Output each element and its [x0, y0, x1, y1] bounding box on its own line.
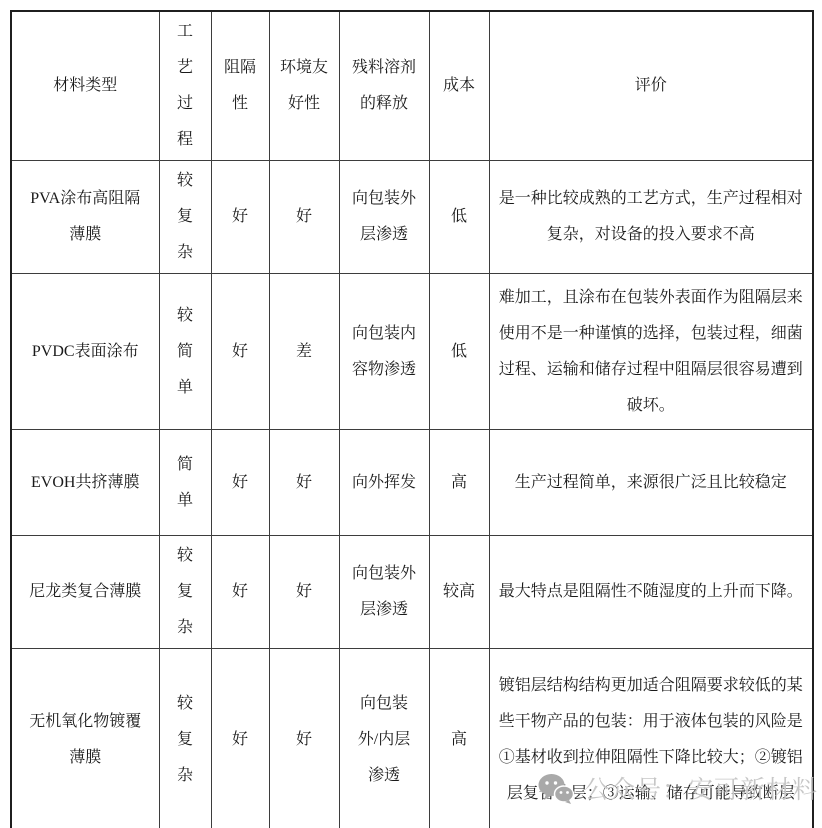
cell-cost: 低: [429, 161, 489, 274]
cell-evaluation: 是一种比较成熟的工艺方式，生产过程相对复杂，对设备的投入要求不高: [489, 161, 813, 274]
cell-material: EVOH共挤薄膜: [11, 430, 159, 536]
cell-evaluation: 最大特点是阻隔性不随湿度的上升而下降。: [489, 536, 813, 649]
cell-eco: 好: [269, 649, 339, 828]
cell-eco: 差: [269, 274, 339, 430]
cell-process: 较 复 杂: [159, 536, 211, 649]
cell-solvent: 向包装外 层渗透: [339, 161, 429, 274]
cell-process: 较 简 单: [159, 274, 211, 430]
col-header-material-type: 材料类型: [11, 11, 159, 161]
col-header-eco-friendliness: 环境友 好性: [269, 11, 339, 161]
table-row-nylon: 尼龙类复合薄膜 较 复 杂 好 好 向包装外 层渗透 较高 最大特点是阻隔性不随…: [11, 536, 813, 649]
cell-material: 尼龙类复合薄膜: [11, 536, 159, 649]
cell-cost: 高: [429, 430, 489, 536]
table-row-pva: PVA涂布高阻隔 薄膜 较 复 杂 好 好 向包装外 层渗透 低 是一种比较成熟…: [11, 161, 813, 274]
cell-barrier: 好: [211, 649, 269, 828]
cell-eco: 好: [269, 536, 339, 649]
cell-eco: 好: [269, 161, 339, 274]
cell-solvent: 向包装内 容物渗透: [339, 274, 429, 430]
materials-comparison-table: 材料类型 工 艺 过 程 阻隔 性 环境友 好性 残料溶剂 的释放 成本 评价 …: [10, 10, 814, 828]
cell-process: 较 复 杂: [159, 649, 211, 828]
cell-evaluation: 难加工，且涂布在包装外表面作为阻隔层来使用不是一种谨慎的选择，包装过程，细菌过程…: [489, 274, 813, 430]
col-header-process: 工 艺 过 程: [159, 11, 211, 161]
col-header-evaluation: 评价: [489, 11, 813, 161]
col-header-cost: 成本: [429, 11, 489, 161]
cell-cost: 较高: [429, 536, 489, 649]
cell-material: PVDC表面涂布: [11, 274, 159, 430]
cell-cost: 低: [429, 274, 489, 430]
cell-barrier: 好: [211, 161, 269, 274]
cell-material: 无机氧化物镀覆 薄膜: [11, 649, 159, 828]
cell-evaluation: 生产过程简单，来源很广泛且比较稳定: [489, 430, 813, 536]
cell-barrier: 好: [211, 536, 269, 649]
cell-solvent: 向外挥发: [339, 430, 429, 536]
cell-solvent: 向包装外 层渗透: [339, 536, 429, 649]
table-row-pvdc: PVDC表面涂布 较 简 单 好 差 向包装内 容物渗透 低 难加工，且涂布在包…: [11, 274, 813, 430]
cell-solvent: 向包装 外/内层 渗透: [339, 649, 429, 828]
cell-process: 简 单: [159, 430, 211, 536]
cell-process: 较 复 杂: [159, 161, 211, 274]
cell-cost: 高: [429, 649, 489, 828]
cell-eco: 好: [269, 430, 339, 536]
col-header-barrier: 阻隔 性: [211, 11, 269, 161]
table-row-evoh: EVOH共挤薄膜 简 单 好 好 向外挥发 高 生产过程简单，来源很广泛且比较稳…: [11, 430, 813, 536]
table-header-row: 材料类型 工 艺 过 程 阻隔 性 环境友 好性 残料溶剂 的释放 成本 评价: [11, 11, 813, 161]
col-header-solvent-release: 残料溶剂 的释放: [339, 11, 429, 161]
table-row-inorganic-oxide: 无机氧化物镀覆 薄膜 较 复 杂 好 好 向包装 外/内层 渗透 高 镀铝层结构…: [11, 649, 813, 828]
document-page: 材料类型 工 艺 过 程 阻隔 性 环境友 好性 残料溶剂 的释放 成本 评价 …: [0, 0, 822, 828]
cell-material: PVA涂布高阻隔 薄膜: [11, 161, 159, 274]
cell-barrier: 好: [211, 274, 269, 430]
cell-evaluation: 镀铝层结构结构更加适合阻隔要求较低的某些干物产品的包装：用于液体包装的风险是①基…: [489, 649, 813, 828]
cell-barrier: 好: [211, 430, 269, 536]
